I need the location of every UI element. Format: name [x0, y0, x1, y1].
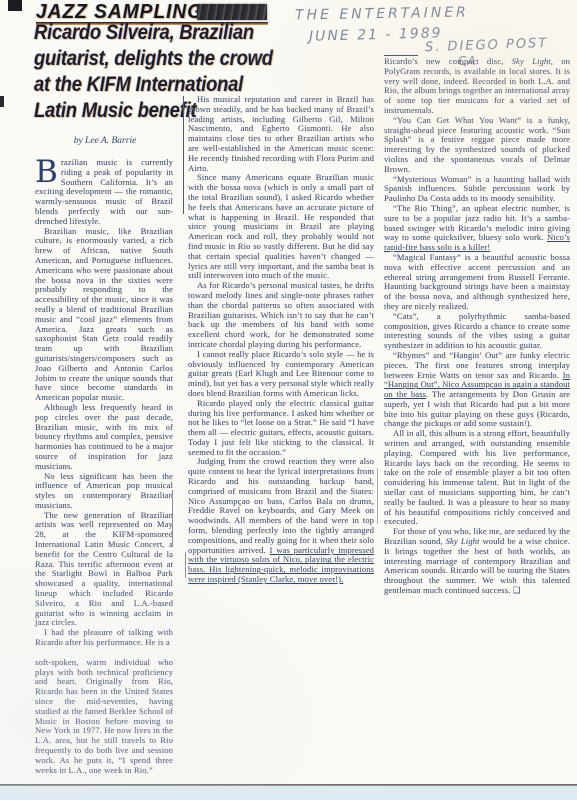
article-column-middle: His musical reputation and career in Bra… — [188, 95, 374, 585]
paragraph: All in all, this album is a strong effor… — [384, 429, 570, 527]
paragraph: I cannot really place Ricardo’s solo sty… — [188, 350, 374, 399]
redacted-smudge — [197, 4, 267, 20]
body-text: “Mysterious Woman” is a haunting ballad … — [384, 174, 570, 204]
body-text: The new generation of Brazilian artists … — [35, 510, 173, 628]
paragraph: Since many Americans equate Brazilian mu… — [188, 173, 374, 281]
paragraph: Brazilian music is currently riding a pe… — [35, 158, 173, 227]
paragraph: The new generation of Brazilian artists … — [35, 511, 173, 629]
body-text: His musical reputation and career in Bra… — [188, 94, 374, 173]
handwritten-date: JUNE 21 - 1989 — [309, 25, 443, 44]
scan-artifact-rule — [172, 490, 173, 547]
body-text: “The Rio Thing”, an upbeat electric numb… — [384, 203, 570, 242]
paragraph: “Mysterious Woman” is a haunting ballad … — [384, 175, 570, 204]
scan-artifact-rule — [377, 468, 378, 524]
body-text: Brazilian music, like Brazilian culture,… — [35, 226, 173, 403]
body-text: I cannot really place Ricardo’s solo sty… — [188, 349, 374, 398]
handwritten-city: S. DIEGO POST — [425, 36, 549, 55]
body-text: As for Ricardo’s personal musical tastes… — [188, 280, 374, 349]
body-text: , on PolyGram records, is available in l… — [384, 56, 570, 115]
paragraph: Brazilian music, like Brazilian culture,… — [35, 227, 173, 403]
paragraph: Ricardo’s new compact disc, Sky Light, o… — [384, 57, 570, 116]
headline-line: guitarist, delights the crowd — [34, 46, 273, 72]
scanned-newspaper-article: JAZZ SAMPLING THE ENTERTAINER JUNE 21 - … — [0, 0, 577, 800]
paragraph: For those of you who, like me, are seduc… — [384, 527, 570, 596]
body-text: “Cats”, a polyrhythmic samba-based compo… — [384, 311, 570, 350]
body-text: Ricardo’s new compact disc, — [384, 56, 512, 66]
paragraph: Ricardo played only the electric classic… — [188, 399, 374, 458]
paragraph: “The Rio Thing”, an upbeat electric numb… — [384, 204, 570, 253]
headline-line: Ricardo Silveira, Brazilian — [34, 20, 273, 46]
body-text: Since many Americans equate Brazilian mu… — [188, 172, 374, 280]
byline: by Lee A. Barrie — [35, 136, 175, 146]
scan-artifact-rule — [185, 552, 186, 578]
paragraph: “Cats”, a polyrhythmic samba-based compo… — [384, 312, 570, 351]
body-text: Ricardo played only the electric classic… — [188, 398, 374, 457]
scanner-background — [0, 786, 577, 800]
column-divider-rule — [183, 96, 184, 214]
body-text: would be a wise choice. It brings togeth… — [384, 536, 570, 595]
body-text: “Magical Fantasy” is a beautiful acousti… — [384, 252, 570, 311]
paragraph: “Magical Fantasy” is a beautiful acousti… — [384, 253, 570, 312]
article-column-right: Ricardo’s new compact disc, Sky Light, o… — [384, 57, 570, 596]
body-text: “You Can Get What You Want” is a funky, … — [384, 115, 570, 174]
handwritten-publication-name: THE ENTERTAINER — [295, 4, 469, 23]
paragraph: “You Can Get What You Want” is a funky, … — [384, 116, 570, 175]
body-text: All in all, this album is a strong effor… — [384, 428, 570, 526]
paragraph: soft-spoken, warm individual who plays w… — [35, 658, 173, 776]
paragraph: As for Ricardo’s personal musical tastes… — [188, 281, 374, 350]
scan-artifact-corner — [8, 0, 22, 11]
body-text: No less significant has been the influen… — [35, 471, 173, 510]
paragraph: “Rhymes” and “Hangin’ Out” are funky ele… — [384, 351, 570, 429]
body-text: Although less frequently heard in pop ci… — [35, 402, 173, 471]
emphasized-text: Sky Light — [446, 536, 480, 546]
scan-artifact-edge — [0, 96, 4, 107]
drop-cap: B — [35, 158, 61, 185]
body-text: “Rhymes” and “Hangin’ Out” are funky ele… — [384, 350, 570, 380]
scan-artifact-dash — [384, 55, 418, 56]
paragraph: Judging from the crowd reaction they wer… — [188, 457, 374, 584]
paragraph: No less significant has been the influen… — [35, 472, 173, 511]
body-text: I had the pleasure of talking with Ricar… — [35, 627, 173, 647]
emphasized-text: Sky Light — [512, 56, 551, 66]
article-column-left: Brazilian music is currently riding a pe… — [35, 158, 173, 775]
paragraph: His musical reputation and career in Bra… — [188, 95, 374, 173]
paragraph: Although less frequently heard in pop ci… — [35, 403, 173, 472]
body-text: soft-spoken, warm individual who plays w… — [35, 657, 173, 775]
paragraph: I had the pleasure of talking with Ricar… — [35, 628, 173, 648]
body-text: Judging from the crowd reaction they wer… — [188, 456, 374, 554]
